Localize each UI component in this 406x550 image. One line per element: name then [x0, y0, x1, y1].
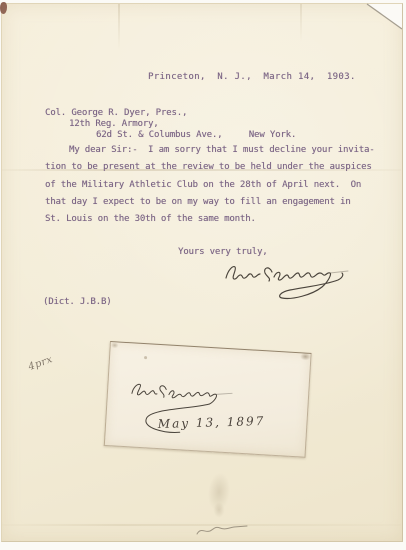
letter-sheet: Princeton, N. J., March 14, 1903. Col. G…	[1, 3, 403, 542]
scanned-letter-page: Princeton, N. J., March 14, 1903. Col. G…	[0, 0, 406, 550]
crease-vertical	[300, 4, 302, 42]
body-line: tion to be present at the review to be h…	[45, 163, 372, 172]
cleveland-signature	[220, 260, 352, 306]
dateline: Princeton, N. J., March 14, 1903.	[148, 73, 356, 82]
card-speck	[144, 356, 147, 359]
folded-corner	[358, 3, 402, 33]
cleveland-card-signature: May 13, 1897	[119, 377, 288, 451]
closing-line: Yours very truly,	[178, 248, 268, 257]
pencil-scribble	[194, 522, 250, 538]
dictation-note: (Dict. J.B.B)	[43, 298, 112, 307]
card-corner-smudge	[110, 341, 120, 350]
card-corner-smudge	[298, 351, 313, 362]
body-line: that day I expect to be on my way to fil…	[45, 198, 351, 207]
recipient-line: Col. George R. Dyer, Pres.,	[45, 109, 187, 118]
body-line: of the Military Athletic Club on the 28t…	[45, 181, 361, 190]
recipient-line: 12th Reg. Armory,	[69, 120, 159, 129]
body-line: My dear Sir:- I am sorry that I must dec…	[69, 146, 375, 155]
autograph-card: May 13, 1897	[104, 341, 312, 458]
card-date-inscription: May 13, 1897	[157, 414, 266, 431]
body-line: St. Louis on the 30th of the same month.	[45, 215, 256, 224]
pencil-annotation: 4prx	[27, 354, 54, 373]
paper-stain	[211, 499, 227, 521]
recipient-line: 62d St. & Columbus Ave., New York.	[96, 131, 296, 140]
crease-vertical	[118, 4, 120, 50]
